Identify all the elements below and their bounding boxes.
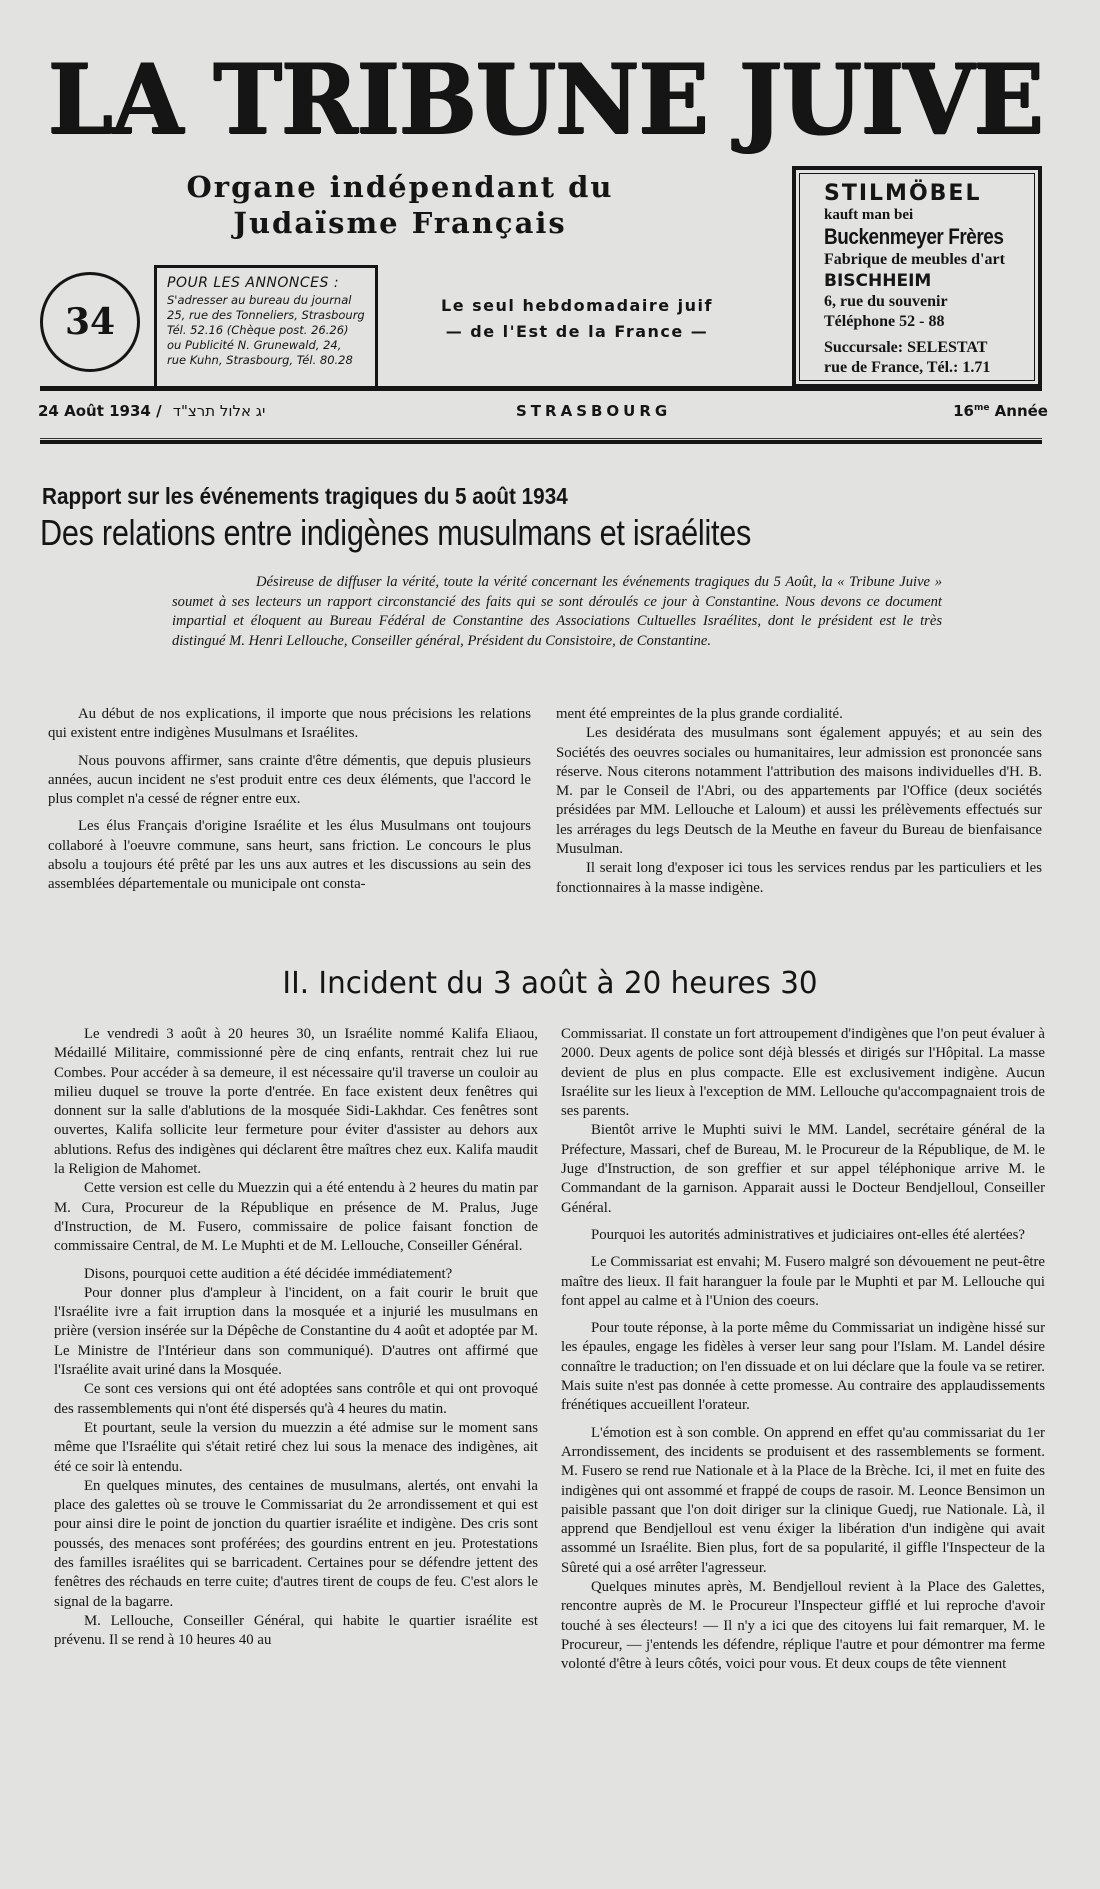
ad-branch-address: rue de France, Tél.: 1.71: [824, 358, 1024, 378]
annonces-line: rue Kuhn, Strasbourg, Tél. 80.28: [167, 353, 367, 368]
hebrew-date: יג אלול תרצ"ד: [173, 402, 266, 420]
section2-left-column: Le vendredi 3 août à 20 heures 30, un Is…: [54, 1025, 538, 1651]
furniture-advertisement: STILMÖBEL kauft man bei Buckenmeyer Frèr…: [792, 166, 1042, 388]
ad-address: 6, rue du souvenir: [824, 292, 1024, 312]
ad-description: Fabrique de meubles d'art: [824, 250, 1024, 270]
paragraph: En quelques minutes, des centaines de mu…: [54, 1477, 538, 1612]
paragraph: Les desidérata des musulmans sont égalem…: [556, 724, 1042, 859]
paragraph: Cette version est celle du Muezzin qui a…: [54, 1179, 538, 1256]
annonces-line: S'adresser au bureau du journal: [167, 293, 367, 308]
article-lead-paragraph: Désireuse de diffuser la vérité, toute l…: [172, 573, 942, 651]
dateline-year: 16me Année: [953, 402, 1048, 420]
dateline-city: STRASBOURG: [516, 402, 671, 420]
annonces-line: ou Publicité N. Grunewald, 24,: [167, 338, 367, 353]
paragraph: Pour donner plus d'ampleur à l'incident,…: [54, 1284, 538, 1380]
year-label: Année: [995, 402, 1048, 420]
ad-heading: STILMÖBEL: [824, 182, 1024, 206]
paragraph: M. Lellouche, Conseiller Général, qui ha…: [54, 1612, 538, 1651]
paragraph: ment été empreintes de la plus grande co…: [556, 705, 1042, 724]
paragraph: Le Commissariat est envahi; M. Fusero ma…: [561, 1253, 1045, 1311]
paragraph: L'émotion est à son comble. On apprend e…: [561, 1424, 1045, 1578]
year-suffix: me: [974, 403, 989, 413]
paragraph: Le vendredi 3 août à 20 heures 30, un Is…: [54, 1025, 538, 1179]
issue-date: 24 Août 1934: [38, 402, 151, 420]
section1-left-column: Au début de nos explications, il importe…: [48, 705, 531, 895]
paragraph: Ce sont ces versions qui ont été adoptée…: [54, 1380, 538, 1419]
hebdo-slogan-line-2: — de l'Est de la France —: [412, 322, 742, 341]
paragraph: Pour toute réponse, à la porte même du C…: [561, 1319, 1045, 1415]
tagline-line-1: Organe indépendant du: [140, 170, 660, 204]
masthead-rule: [40, 386, 1042, 391]
section1-right-column: ment été empreintes de la plus grande co…: [556, 705, 1042, 898]
paragraph: Les élus Français d'origine Israélite et…: [48, 817, 531, 894]
paragraph: Au début de nos explications, il importe…: [48, 705, 531, 744]
annonces-line: 25, rue des Tonneliers, Strasbourg: [167, 308, 367, 323]
paragraph: Il serait long d'exposer ici tous les se…: [556, 859, 1042, 898]
ad-brand: Buckenmeyer Frères: [824, 224, 996, 250]
ad-city: BISCHHEIM: [824, 270, 1024, 292]
section-heading: II. Incident du 3 août à 20 heures 30: [11, 966, 1089, 1001]
paragraph: Pourquoi les autorités administratives e…: [561, 1226, 1045, 1245]
paragraph: Quelques minutes après, M. Bendjelloul r…: [561, 1578, 1045, 1674]
advertising-info-box: POUR LES ANNONCES : S'adresser au bureau…: [154, 265, 378, 387]
tagline-line-2: Judaïsme Français: [140, 206, 660, 240]
article-kicker: Rapport sur les événements tragiques du …: [42, 483, 568, 510]
paragraph: Bientôt arrive le Muphti suivi le MM. La…: [561, 1121, 1045, 1217]
dateline: 24 Août 1934 / יג אלול תרצ"ד STRASBOURG …: [38, 402, 1048, 424]
dateline-date-group: 24 Août 1934 / יג אלול תרצ"ד: [38, 402, 265, 420]
paragraph: Commissariat. Il constate un fort attrou…: [561, 1025, 1045, 1121]
ad-phone: Téléphone 52 - 88: [824, 312, 1024, 332]
article-headline: Des relations entre indigènes musulmans …: [40, 512, 751, 554]
ad-subheading: kauft man bei: [824, 206, 1024, 224]
issue-number-badge: 34: [40, 272, 140, 372]
dateline-rule-thin: [40, 438, 1042, 439]
annonces-line: Tél. 52.16 (Chèque post. 26.26): [167, 323, 367, 338]
issue-number: 34: [65, 301, 115, 343]
ad-branch: Succursale: SELESTAT: [824, 338, 1024, 358]
year-ordinal: 16: [953, 402, 974, 420]
paragraph: Disons, pourquoi cette audition a été dé…: [54, 1265, 538, 1284]
annonces-title: POUR LES ANNONCES :: [167, 276, 367, 291]
paragraph: Nous pouvons affirmer, sans crainte d'êt…: [48, 752, 531, 810]
section2-right-column: Commissariat. Il constate un fort attrou…: [561, 1025, 1045, 1675]
dateline-rule-heavy: [40, 440, 1042, 444]
date-separator: /: [156, 402, 161, 420]
newspaper-title: LA TRIBUNE JUIVE: [48, 48, 950, 152]
hebdo-slogan-line-1: Le seul hebdomadaire juif: [412, 296, 742, 315]
paragraph: Et pourtant, seule la version du muezzin…: [54, 1419, 538, 1477]
